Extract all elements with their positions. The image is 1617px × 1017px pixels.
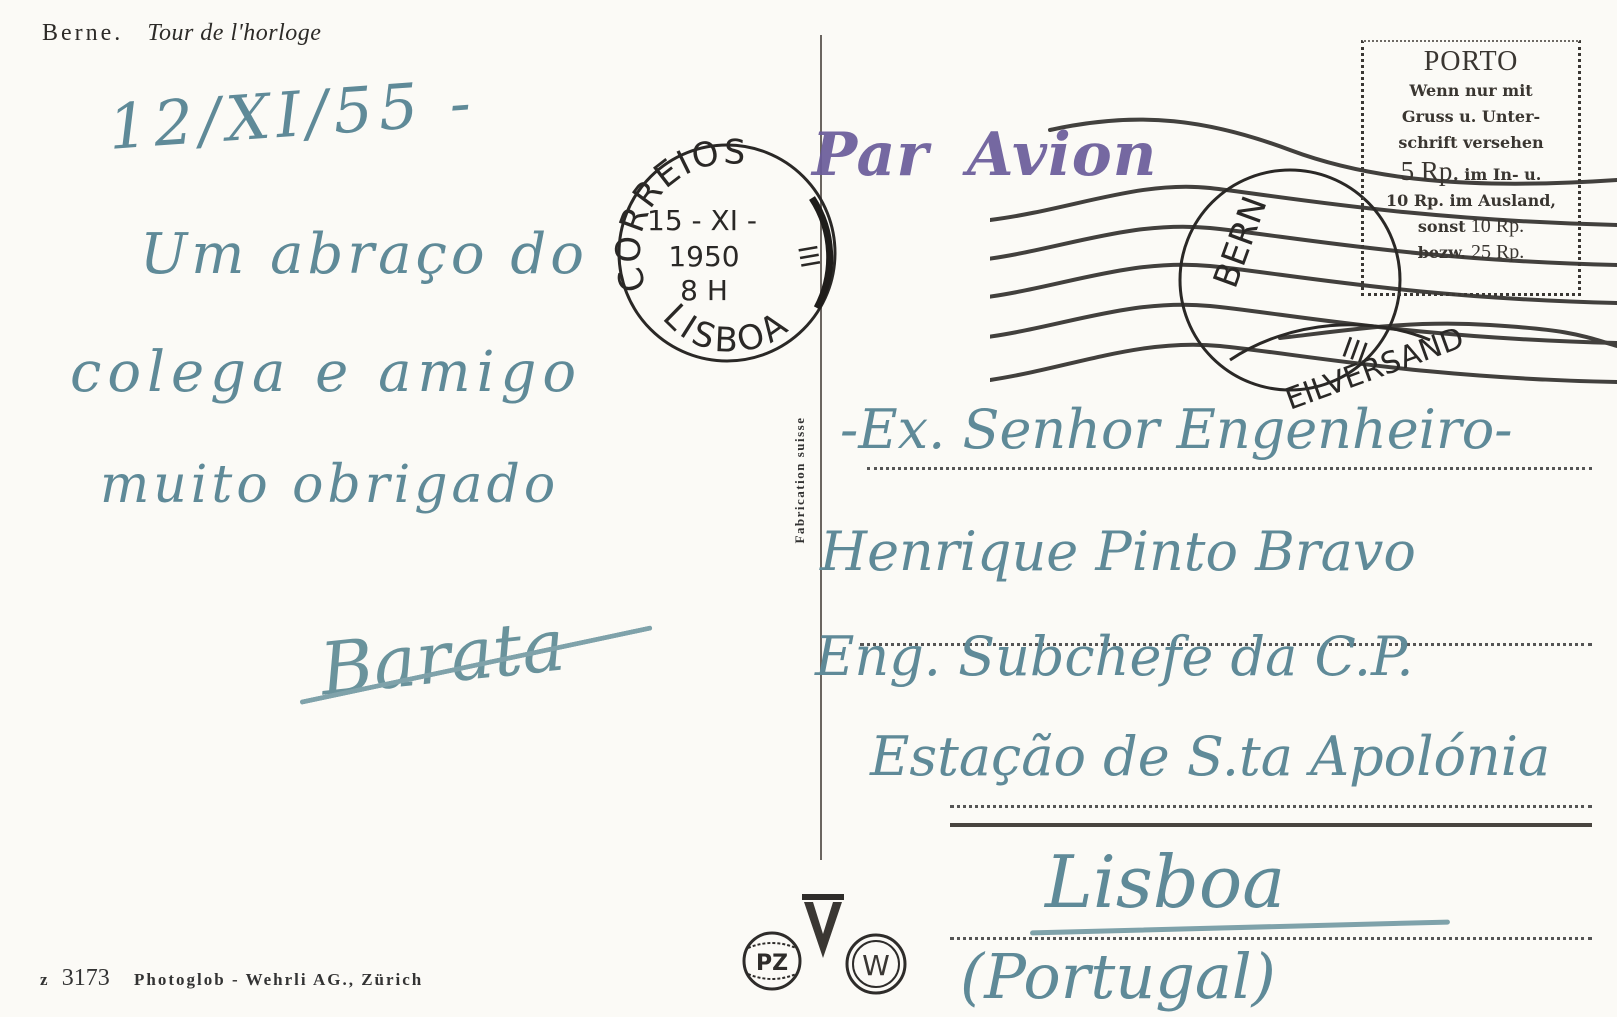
pz-globe-logo-icon: PZ	[740, 930, 804, 992]
porto-line: schrift versehen	[1364, 130, 1578, 156]
v-logo-icon: V	[800, 892, 846, 960]
address-rule	[867, 467, 1592, 470]
svg-text:V: V	[820, 906, 827, 917]
address-line: -Ex. Senhor Engenheiro-	[840, 398, 1513, 461]
printer-imprint: z 3173 Photoglob - Wehrli AG., Zürich	[40, 965, 423, 992]
address-rule	[950, 805, 1592, 808]
porto-stamp-box: PORTO Wenn nur mit Gruss u. Unter- schri…	[1361, 40, 1581, 296]
imprint-prefix: z	[40, 970, 50, 989]
caption-place: Berne.	[42, 20, 123, 46]
svg-text:PZ: PZ	[756, 951, 788, 976]
postmark-side-mark: III	[791, 243, 825, 271]
bern-postmark-arc: BERN	[1206, 191, 1276, 293]
address-line: Estação de S.ta Apolónia	[870, 725, 1550, 788]
address-rule-solid	[950, 823, 1592, 827]
handwritten-date: 12/XI/55 -	[106, 65, 479, 164]
airmail-word-2: Avion	[967, 120, 1157, 190]
address-line: Eng. Subchefe da C.P.	[815, 625, 1414, 688]
lisboa-postmark-icon: CORREIOS LISBOA 15 - XI - III 1950 8 H	[612, 138, 842, 368]
airmail-stamp: ParAvion	[812, 120, 1157, 190]
message-line: Um abraço do	[140, 222, 588, 287]
airmail-word-1: Par	[812, 120, 929, 190]
porto-rate-inland: 5 Rp. im In- u.	[1364, 156, 1578, 188]
address-country: (Portugal)	[960, 940, 1276, 1013]
imprint-code: 3173	[62, 965, 110, 991]
postmark-date: 15 - XI -	[647, 204, 757, 237]
address-city: Lisboa	[1045, 840, 1285, 924]
postmark-year: 1950	[668, 240, 739, 273]
porto-rate-abroad: 10 Rp. im Ausland,	[1364, 188, 1578, 214]
card-caption: Berne. Tour de l'horloge	[42, 20, 321, 47]
imprint-publisher: Photoglob - Wehrli AG., Zürich	[134, 970, 423, 989]
postmark-hour: 8 H	[680, 274, 728, 307]
porto-respectively: bezw. 25 Rp.	[1364, 240, 1578, 266]
porto-otherwise: sonst 10 Rp.	[1364, 214, 1578, 240]
message-line: colega e amigo	[70, 340, 582, 405]
address-line: Henrique Pinto Bravo	[820, 520, 1416, 583]
w-circle-logo-icon: W	[844, 932, 908, 996]
porto-line: Gruss u. Unter-	[1364, 104, 1578, 130]
divider-label: Fabrication suisse	[792, 416, 808, 543]
porto-heading: PORTO	[1364, 46, 1578, 78]
porto-line: Wenn nur mit	[1364, 78, 1578, 104]
message-line: muito obrigado	[100, 455, 559, 515]
signature: Barata	[316, 602, 568, 711]
svg-text:W: W	[862, 949, 890, 982]
caption-title: Tour de l'horloge	[147, 20, 321, 46]
